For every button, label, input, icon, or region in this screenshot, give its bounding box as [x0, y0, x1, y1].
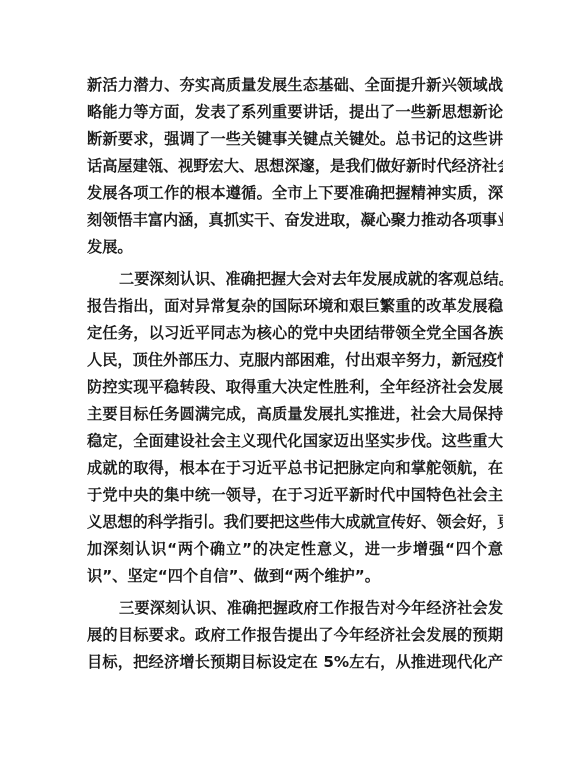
- text-line: 成就的取得，根本在于习近平总书记把脉定向和掌舵领航，在: [87, 455, 503, 482]
- paragraph-1: 新活力潜力、夯实高质量发展生态基础、全面提升新兴领域战 略能力等方面，发表了系列…: [87, 72, 503, 261]
- text-line: 发展各项工作的根本遵循。全市上下要准确把握精神实质，深: [87, 180, 503, 207]
- text-line: 主要目标任务圆满完成，高质量发展扎实推进，社会大局保持: [87, 401, 503, 428]
- text-line: 展的目标要求。政府工作报告提出了今年经济社会发展的预期: [87, 622, 503, 649]
- text-line: 义思想的科学指引。我们要把这些伟大成就宣传好、领会好，更: [87, 509, 503, 536]
- text-line: 新活力潜力、夯实高质量发展生态基础、全面提升新兴领域战: [87, 72, 503, 99]
- text-line: 目标，把经济增长预期目标设定在 5%左右，从推进现代化产: [87, 649, 503, 676]
- paragraph-2: 二要深刻认识、准确把握大会对去年发展成就的客观总结。 报告指出，面对异常复杂的国…: [87, 266, 503, 590]
- text-line: 加深刻认识“两个确立”的决定性意义，进一步增强“四个意: [87, 536, 503, 563]
- text-line: 报告指出，面对异常复杂的国际环境和艰巨繁重的改革发展稳: [87, 293, 503, 320]
- text-line: 断新要求，强调了一些关键事关键点关键处。总书记的这些讲: [87, 126, 503, 153]
- text-line: 二要深刻认识、准确把握大会对去年发展成就的客观总结。: [87, 266, 503, 293]
- document-body: 新活力潜力、夯实高质量发展生态基础、全面提升新兴领域战 略能力等方面，发表了系列…: [87, 72, 503, 681]
- text-line: 发展。: [87, 234, 503, 261]
- document-page: 新活力潜力、夯实高质量发展生态基础、全面提升新兴领域战 略能力等方面，发表了系列…: [0, 0, 586, 759]
- text-line: 略能力等方面，发表了系列重要讲话，提出了一些新思想新论: [87, 99, 503, 126]
- text-line: 刻领悟丰富内涵，真抓实干、奋发进取，凝心聚力推动各项事业: [87, 207, 503, 234]
- text-line: 话高屋建瓴、视野宏大、思想深邃，是我们做好新时代经济社会: [87, 153, 503, 180]
- text-line: 人民，顶住外部压力、克服内部困难，付出艰辛努力，新冠疫情: [87, 347, 503, 374]
- text-line: 稳定，全面建设社会主义现代化国家迈出坚实步伐。这些重大: [87, 428, 503, 455]
- paragraph-3: 三要深刻认识、准确把握政府工作报告对今年经济社会发 展的目标要求。政府工作报告提…: [87, 595, 503, 676]
- text-line: 三要深刻认识、准确把握政府工作报告对今年经济社会发: [87, 595, 503, 622]
- text-line: 识”、坚定“四个自信”、做到“两个维护”。: [87, 563, 503, 590]
- text-line: 定任务，以习近平同志为核心的党中央团结带领全党全国各族: [87, 320, 503, 347]
- text-line: 于党中央的集中统一领导，在于习近平新时代中国特色社会主: [87, 482, 503, 509]
- text-line: 防控实现平稳转段、取得重大决定性胜利，全年经济社会发展: [87, 374, 503, 401]
